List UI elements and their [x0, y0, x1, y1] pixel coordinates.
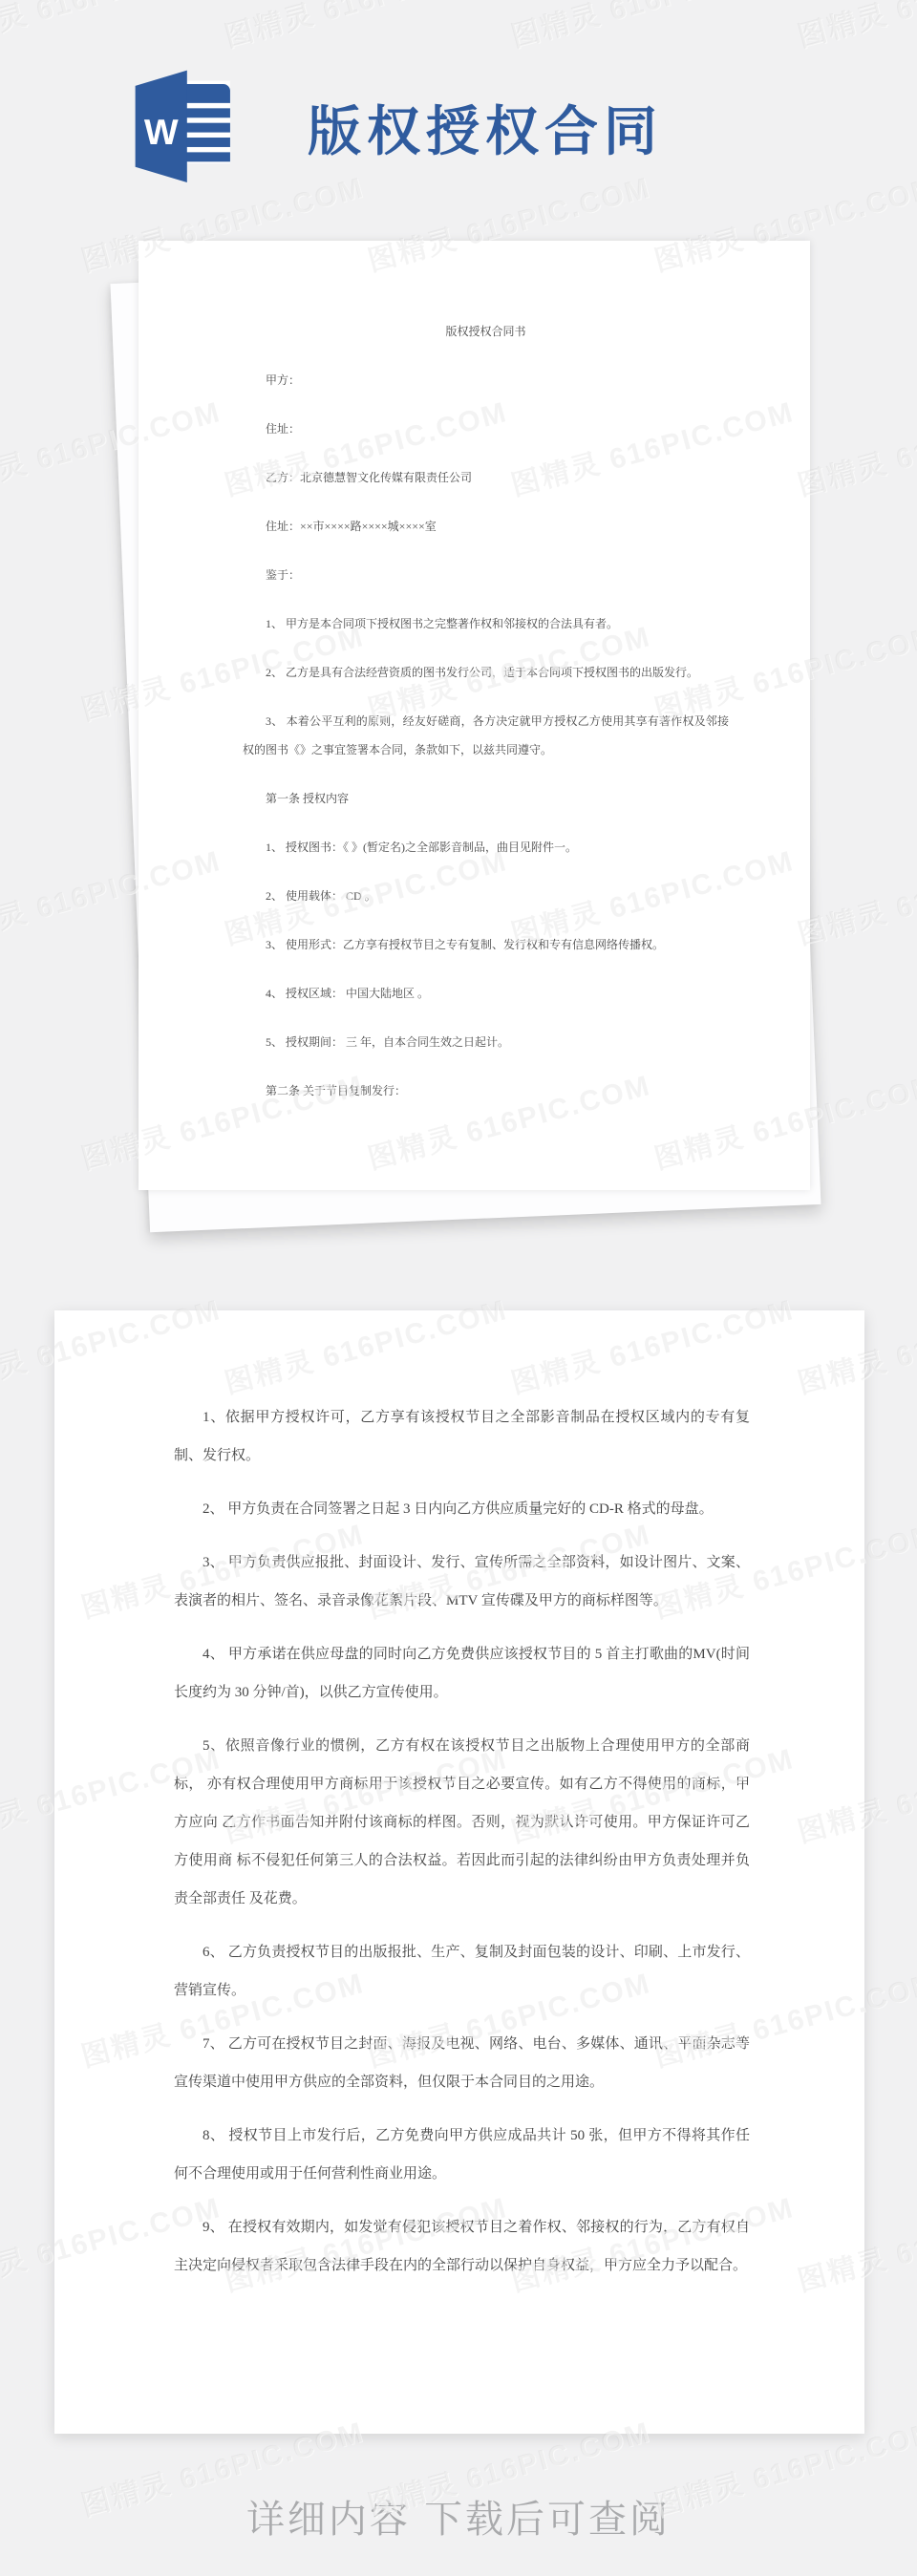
contract-paragraph: 7、 乙方可在授权节目之封面、海报及电视、网络、电台、多媒体、通讯、平面杂志等宣…	[174, 2025, 750, 2101]
contract-paragraph: 5、依照音像行业的惯例，乙方有权在该授权节目之出版物上合理使用甲方的全部商标， …	[174, 1727, 750, 1918]
contract-paragraph: 鉴于：	[243, 561, 729, 589]
contract-paragraph: 3、 甲方负责供应报批、封面设计、发行、宣传所需之全部资料，如设计图片、文案、表…	[174, 1543, 750, 1620]
contract-paragraph: 第一条 授权内容	[243, 784, 729, 813]
contract-paragraph: 6、 乙方负责授权节目的出版报批、生产、复制及封面包装的设计、印刷、上市发行、营…	[174, 1933, 750, 2010]
page-title: 版权授权合同	[308, 90, 663, 166]
contract-paragraph: 1、 甲方是本合同项下授权图书之完整著作权和邻接权的合法具有者。	[243, 609, 729, 638]
contract-paragraph: 第二条 关于节目复制发行：	[243, 1076, 729, 1105]
watermark-text: 图精灵 616PIC.COM	[792, 837, 917, 952]
watermark-text: 图精灵 616PIC.COM	[792, 388, 917, 503]
header: W 版权授权合同	[0, 0, 917, 239]
contract-paragraph: 3、 使用形式：乙方享有授权节目之专有复制、发行权和专有信息网络传播权。	[243, 930, 729, 959]
contract-paragraph: 住址：	[243, 415, 729, 443]
preview-page-stack: 版权授权合同书 甲方：住址：乙方：北京德慧智文化传媒有限责任公司住址：××市××…	[139, 241, 810, 1190]
contract-paragraph: 2、 使用载体： CD 。	[243, 882, 729, 910]
contract-paragraph: 8、 授权节目上市发行后，乙方免费向甲方供应成品共计 50 张，但甲方不得将其作…	[174, 2117, 750, 2193]
contract-paragraph: 乙方：北京德慧智文化传媒有限责任公司	[243, 463, 729, 492]
contract-paragraph: 甲方：	[243, 366, 729, 394]
page1-body: 版权授权合同书 甲方：住址：乙方：北京德慧智文化传媒有限责任公司住址：××市××…	[243, 317, 729, 1105]
contract-paragraph: 2、 甲方负责在合同签署之日起 3 日内向乙方供应质量完好的 CD-R 格式的母…	[174, 1490, 750, 1528]
contract-title: 版权授权合同书	[243, 317, 729, 346]
contract-paragraph: 1、依据甲方授权许可，乙方享有该授权节目之全部影音制品在授权区域内的专有复制、发…	[174, 1398, 750, 1475]
contract-paragraph: 3、 本着公平互利的原则，经友好磋商，各方决定就甲方授权乙方使用其享有著作权及邻…	[243, 707, 729, 764]
contract-paragraph: 4、 甲方承诺在供应母盘的同时向乙方免费供应该授权节目的 5 首主打歌曲的MV(…	[174, 1635, 750, 1712]
svg-text:W: W	[144, 113, 179, 153]
preview-page-2: 1、依据甲方授权许可，乙方享有该授权节目之全部影音制品在授权区域内的专有复制、发…	[54, 1310, 864, 2434]
contract-paragraph: 4、 授权区域： 中国大陆地区 。	[243, 979, 729, 1008]
footer-note: 详细内容 下载后可查阅	[0, 2489, 917, 2544]
contract-paragraph: 2、 乙方是具有合法经营资质的图书发行公司，适于本合同项下授权图书的出版发行。	[243, 658, 729, 687]
word-document-icon: W	[129, 67, 242, 191]
contract-paragraph: 住址：××市××××路××××城××××室	[243, 512, 729, 541]
contract-paragraph: 5、 授权期间： 三 年，自本合同生效之日起计。	[243, 1028, 729, 1056]
contract-paragraph: 9、 在授权有效期内，如发觉有侵犯该授权节目之着作权、邻接权的行为，乙方有权自主…	[174, 2208, 750, 2285]
preview-page-1: 版权授权合同书 甲方：住址：乙方：北京德慧智文化传媒有限责任公司住址：××市××…	[139, 241, 810, 1190]
page2-body: 1、依据甲方授权许可，乙方享有该授权节目之全部影音制品在授权区域内的专有复制、发…	[174, 1398, 750, 2285]
contract-paragraph: 1、 授权图书：《 》(暂定名)之全部影音制品，曲目见附件一。	[243, 833, 729, 862]
